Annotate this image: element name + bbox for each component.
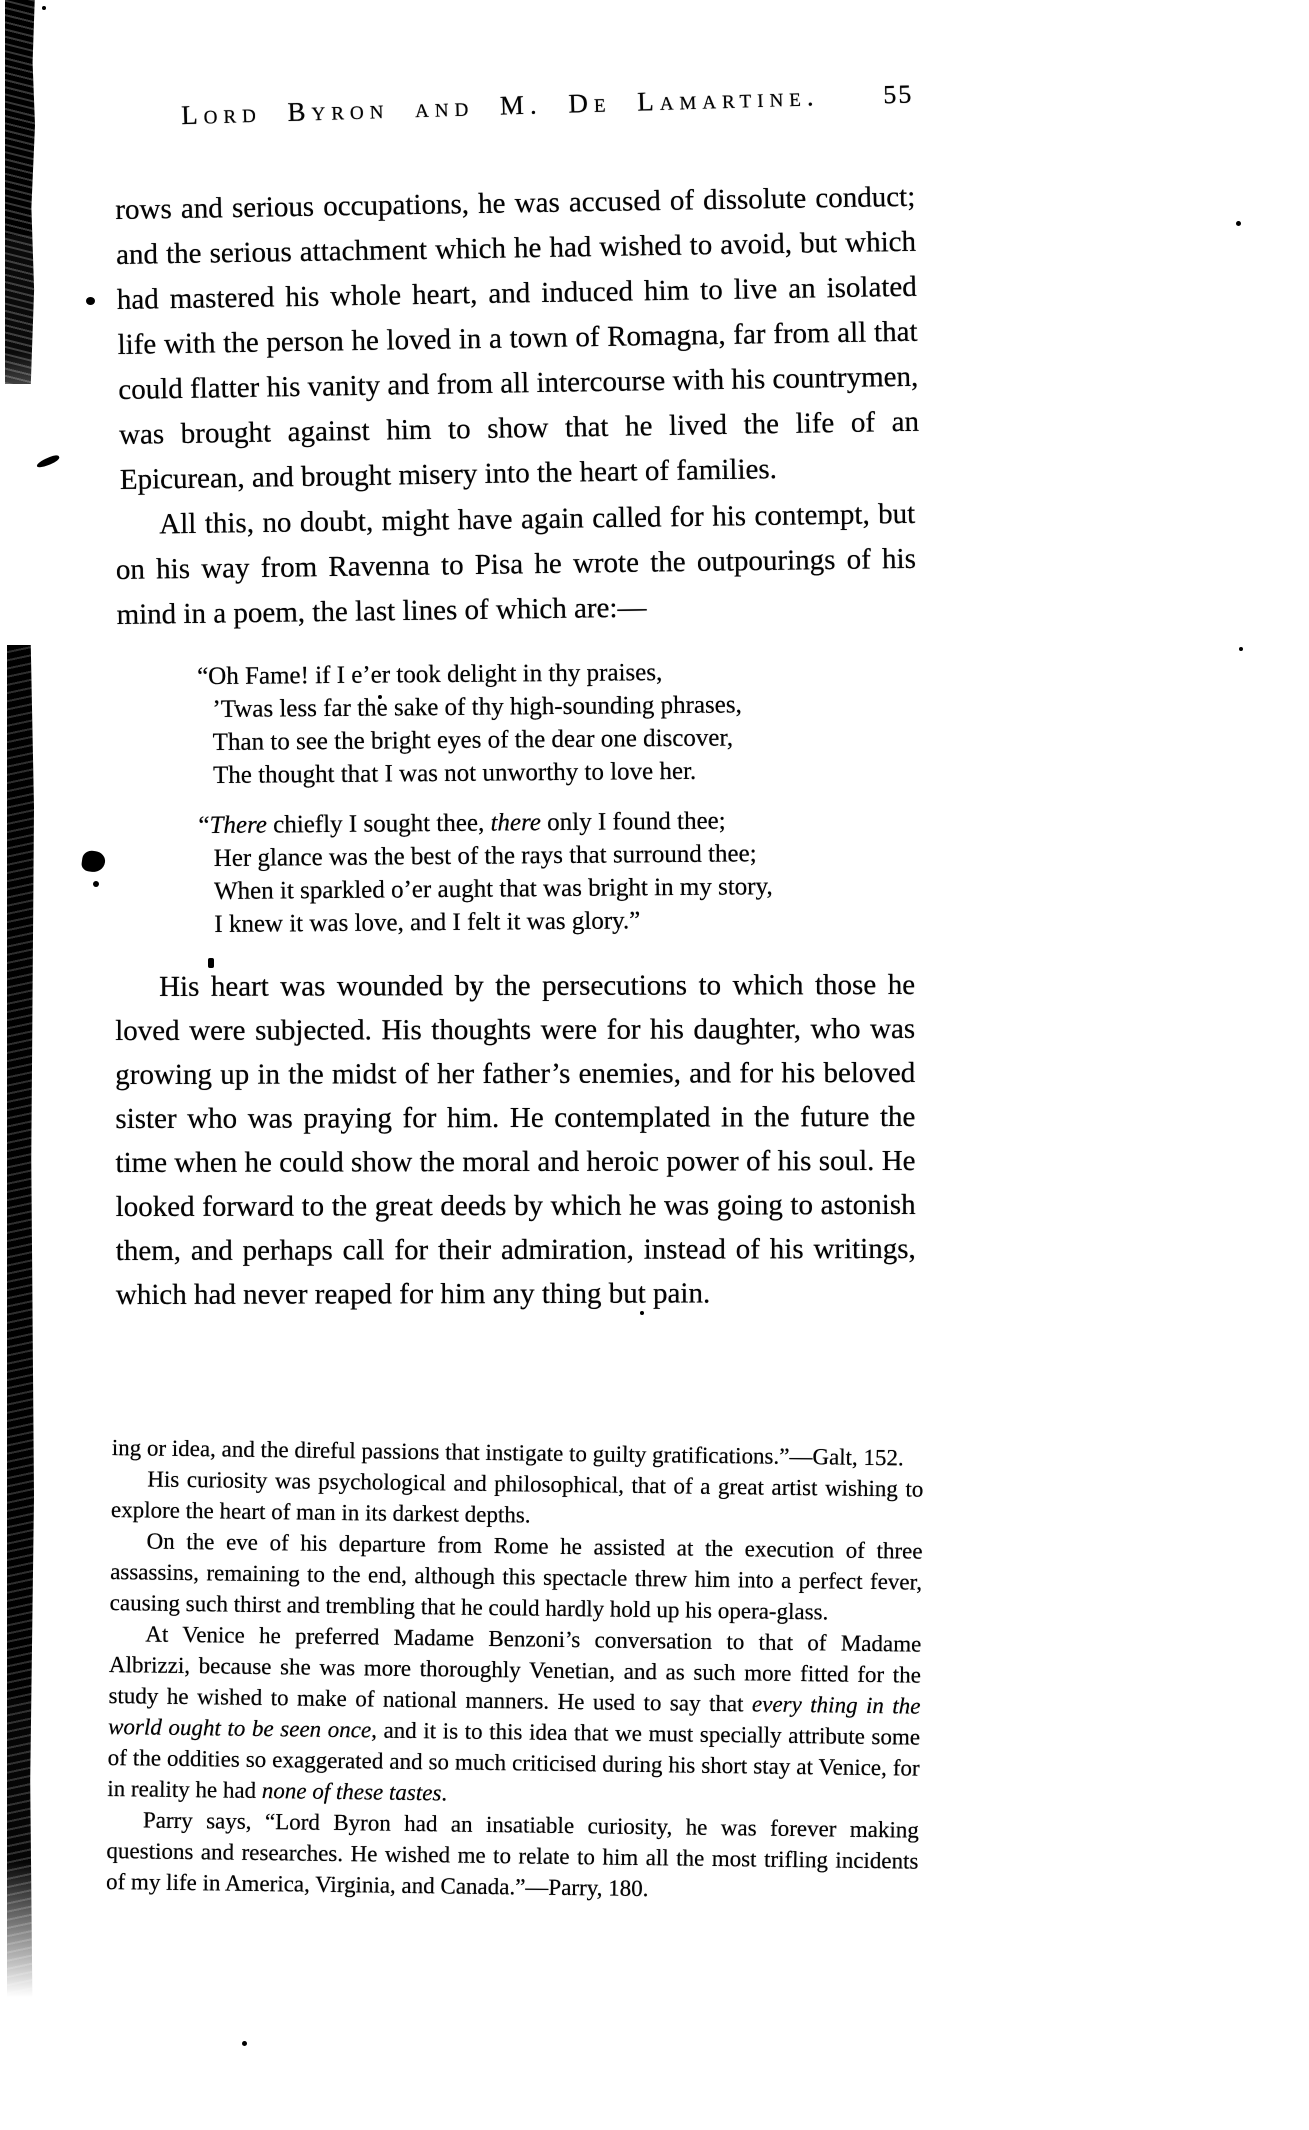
paragraph: Parry says, “Lord Byron had an insatiabl… (106, 1804, 919, 1908)
text-run: All this, no doubt, might have again cal… (116, 498, 916, 631)
body-paragraphs: rows and serious occupations, he was acc… (115, 188, 915, 638)
ink-speck (42, 6, 46, 10)
ink-speck (93, 881, 99, 887)
text-run: rows and serious occupations, he was acc… (115, 181, 919, 496)
italic-text-run: there (490, 809, 541, 836)
ink-speck (86, 297, 95, 305)
paragraph: His curiosity was psychological and phil… (111, 1463, 924, 1536)
ink-speck (242, 2041, 247, 2046)
text-run: His curiosity was psychological and phil… (111, 1466, 924, 1527)
running-header-title: Lord Byron and M. De Lamartine. (117, 79, 884, 133)
italic-text-run: There (209, 812, 267, 839)
ink-flick-mark (36, 454, 61, 469)
footnote-block: ing or idea, and the direful passions th… (106, 1432, 924, 1908)
paragraph: At Venice he preferred Madame Benzoni’s … (107, 1618, 921, 1815)
scanned-book-page: Lord Byron and M. De Lamartine. 55 rows … (0, 0, 1309, 2130)
poem-quotation: “Oh Fame! if I e’er took delight in thy … (212, 654, 917, 941)
paragraph: rows and serious occupations, he was acc… (115, 175, 920, 503)
text-run: On the eve of his departure from Rome he… (110, 1528, 923, 1624)
text-run: Her glance was the best of the rays that… (214, 840, 757, 872)
text-run: The thought that I was not unworthy to l… (213, 758, 696, 789)
ink-blob-mark (81, 850, 107, 874)
body-paragraphs: His heart was wounded by the persecution… (115, 965, 915, 1317)
text-run: When it sparkled o’er aught that was bri… (214, 873, 773, 905)
page-number: 55 (883, 79, 914, 110)
poem-line: The thought that I was not unworthy to l… (213, 753, 916, 792)
paragraph: All this, no doubt, might have again cal… (115, 492, 917, 638)
poem-line: I knew it was love, and I felt it was gl… (214, 902, 917, 941)
text-run: Parry says, “Lord Byron had an insatiabl… (106, 1807, 919, 1901)
text-run: His heart was wounded by the persecution… (115, 969, 916, 1311)
italic-text-run: none of these tastes (262, 1778, 442, 1805)
text-run: Than to see the bright eyes of the dear … (213, 724, 734, 756)
poem-stanza: “There chiefly I sought thee, there only… (213, 803, 917, 941)
ink-speck (1236, 221, 1241, 226)
text-run: “Oh Fame! if I e’er took delight in thy … (197, 659, 662, 690)
paragraph: His heart was wounded by the persecution… (115, 963, 916, 1317)
running-header: Lord Byron and M. De Lamartine. 55 (117, 78, 914, 133)
text-run: I knew it was love, and I felt it was gl… (214, 907, 640, 938)
main-text-column: rows and serious occupations, he was acc… (115, 188, 915, 1317)
text-run: “ (198, 812, 209, 839)
text-run: only I found thee; (541, 808, 726, 837)
text-run: . (441, 1780, 447, 1805)
ink-speck (1239, 647, 1243, 651)
poem-stanza: “Oh Fame! if I e’er took delight in thy … (212, 654, 916, 792)
text-run: chiefly I sought thee, (267, 810, 491, 839)
paragraph: On the eve of his departure from Rome he… (110, 1525, 923, 1629)
scan-gutter-ink-bar-top (5, 0, 35, 384)
text-run: ’Twas less far the sake of thy high-soun… (212, 691, 742, 723)
scan-gutter-ink-bar-bottom (7, 645, 34, 1997)
